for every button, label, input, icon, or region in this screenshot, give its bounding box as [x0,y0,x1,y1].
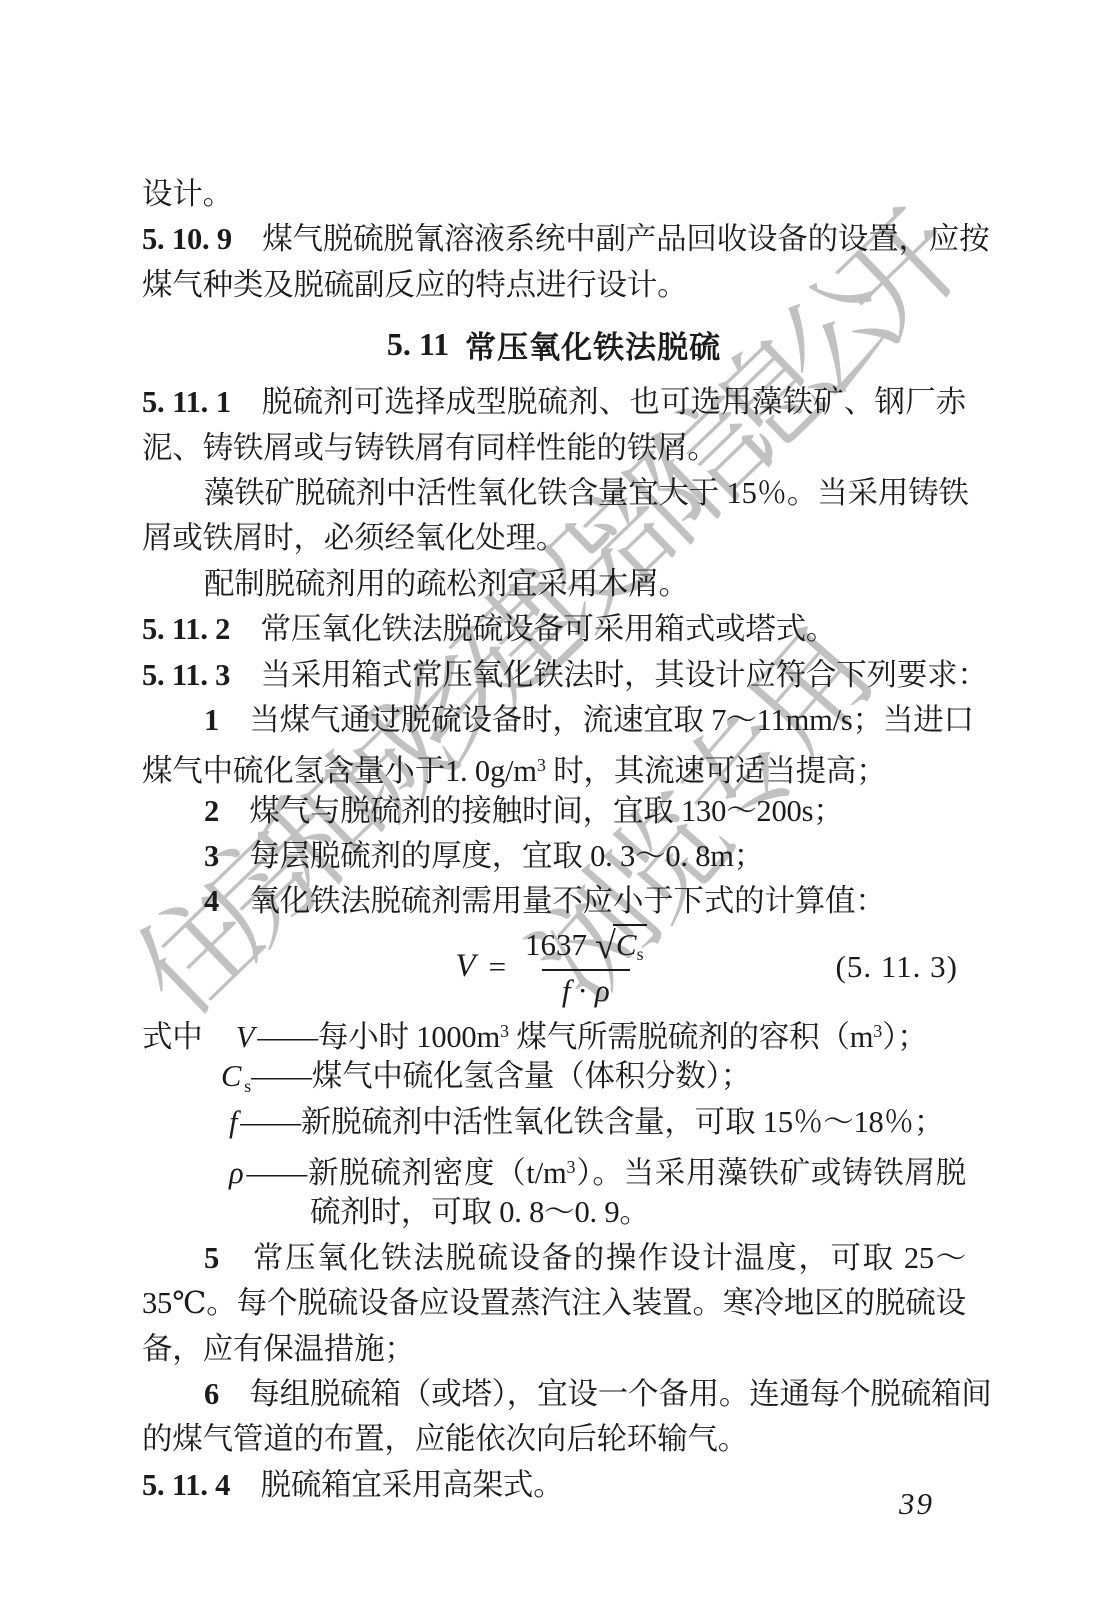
text-segment: 4 [204,884,219,918]
formula-radicand-symbol: C [616,927,637,962]
text-segment: 煤气所需脱硫剂的容积（m [509,1020,873,1054]
text-segment: ——每小时 1000m [257,1020,500,1054]
radical-sign: √ [595,927,616,965]
document-content: 设计。5. 10. 9 煤气脱硫脱氰溶液系统中副产品回收设备的设置，应按煤气种类… [142,172,966,1508]
text-line: 3 每层脱硫剂的厚度，宜取 0. 3～0. 8m； [142,834,966,879]
text-segment: 式中 [142,1020,233,1054]
text-segment: 每组脱硫箱（或塔），宜设一个备用。连通每个脱硫箱间 [219,1377,992,1411]
text-segment: 3 [567,1157,576,1177]
text-line: 藻铁矿脱硫剂中活性氧化铁含量宜大于 15％。当采用铸铁 [142,471,966,516]
text-line: 6 每组脱硫箱（或塔），宜设一个备用。连通每个脱硫箱间 [142,1372,966,1417]
text-segment: 藻铁矿脱硫剂中活性氧化铁含量宜大于 15％。当采用铸铁 [204,476,969,510]
text-segment: 3 [537,755,546,775]
text-segment: 3 [204,839,219,873]
text-segment: 煤气脱硫脱氰溶液系统中副产品回收设备的设置，应按 [232,222,990,256]
text-line: 2 煤气与脱硫剂的接触时间，宜取 130～200s； [142,789,966,834]
text-segment: 当煤气通过脱硫设备时，流速宜取 7～11mm/s；当进口 [219,703,974,737]
formula-lhs: V [455,948,475,985]
text-line: 设计。 [142,172,966,217]
text-segment: ——煤气中硫化氢含量（体积分数）； [251,1059,751,1093]
text-segment: ）。当采用藻铁矿或铸铁屑脱 [576,1156,966,1190]
formula-numerator: 1637 √ Cs [519,924,653,969]
formula-coefficient: 1637 [525,927,587,963]
text-segment: 5. 11. 4 [142,1468,230,1502]
text-line: 5 常压氧化铁法脱硫设备的操作设计温度，可取 25～ [142,1236,966,1281]
formula-denominator-rho: ρ [595,973,610,1009]
formula-denominator-dot: · [578,973,588,1009]
text-segment: 脱硫箱宜采用高架式。 [230,1468,563,1502]
text-segment: 硫剂时，可取 0. 8～0. 9。 [310,1195,650,1229]
text-line: ρ——新脱硫剂密度（t/m3）。当采用藻铁矿或铸铁屑脱 [142,1145,966,1190]
formula-denominator: f · ρ [542,969,630,1009]
text-segment: 5. 10. 9 [142,222,232,256]
text-segment: 脱硫剂可选择成型脱硫剂、也可选用藻铁矿、钢厂赤 [231,385,966,419]
text-segment: 6 [204,1377,219,1411]
text-line: 式中 V——每小时 1000m3 煤气所需脱硫剂的容积（m3）； [142,1009,966,1054]
text-segment: 的煤气管道的布置，应能依次向后轮环输气。 [142,1422,748,1456]
text-line: 1 当煤气通过脱硫设备时，流速宜取 7～11mm/s；当进口 [142,698,966,743]
text-line: 备，应有保温措施； [142,1327,966,1372]
text-line: 4 氧化铁法脱硫剂需用量不应小于下式的计算值： [142,879,966,924]
formula-radical-group: √ Cs [595,924,647,965]
formula-number: (5. 11. 3) [836,949,959,985]
formula-fraction: 1637 √ Cs f · ρ [519,924,653,1009]
text-line: 35℃。每个脱硫设备应设置蒸汽注入装置。寒冷地区的脱硫设 [142,1281,966,1326]
text-line: 屑或铁屑时，必须经氧化处理。 [142,516,966,561]
text-segment: C [218,1059,244,1093]
text-segment: 3 [500,1021,509,1041]
text-segment: 备，应有保温措施； [142,1332,415,1366]
text-segment: 时，其流速可适当提高； [546,754,887,788]
text-line: f——新脱硫剂中活性氧化铁含量，可取 15％～18％； [142,1100,966,1145]
text-segment: 3 [873,1021,882,1041]
section-heading-number: 5. 11 [387,326,449,363]
text-segment: 当采用箱式常压氧化铁法时，其设计应符合下列要求： [230,658,988,692]
text-line: Cs——煤气中硫化氢含量（体积分数）； [142,1054,966,1099]
text-segment: 常压氧化铁法脱硫设备的操作设计温度，可取 25～ [219,1241,966,1275]
formula-radicand: Cs [613,924,647,965]
text-line: 泥、铸铁屑或与铸铁屑有同样性能的铁屑。 [142,426,966,471]
text-segment: 常压氧化铁法脱硫设备可采用箱式或塔式。 [230,612,836,646]
text-line: 硫剂时，可取 0. 8～0. 9。 [142,1190,966,1235]
text-segment: ）； [882,1020,927,1054]
text-segment: 屑或铁屑时，必须经氧化处理。 [142,521,566,555]
text-segment: ρ [226,1156,246,1190]
text-segment: 2 [204,794,219,828]
text-line: 的煤气管道的布置，应能依次向后轮环输气。 [142,1417,966,1462]
text-line: 5. 11. 1 脱硫剂可选择成型脱硫剂、也可选用藻铁矿、钢厂赤 [142,380,966,425]
text-segment: 煤气种类及脱硫副反应的特点进行设计。 [142,268,687,302]
text-segment: f [226,1105,240,1139]
text-segment: V [233,1020,257,1054]
text-line: 5. 11. 3 当采用箱式常压氧化铁法时，其设计应符合下列要求： [142,653,966,698]
document-body: 设计。5. 10. 9 煤气脱硫脱氰溶液系统中副产品回收设备的设置，应按煤气种类… [142,172,966,1508]
section-heading-title: 常压氧化铁法脱硫 [465,322,721,367]
text-segment: 5. 11. 2 [142,612,230,646]
formula-denominator-f: f [562,973,571,1009]
text-segment: 泥、铸铁屑或与铸铁屑有同样性能的铁屑。 [142,431,718,465]
text-segment: ——新脱硫剂中活性氧化铁含量，可取 15％～18％； [240,1105,944,1139]
formula-radicand-subscript: s [637,944,644,964]
page-number: 39 [899,1486,934,1522]
text-segment: 1 [204,703,219,737]
text-segment: 煤气中硫化氢含量小于1. 0g/m [142,754,537,788]
text-segment: ——新脱硫剂密度（t/m [246,1156,566,1190]
formula-equals-sign: = [489,949,506,985]
section-heading: 5. 11 常压氧化铁法脱硫 [142,308,966,380]
text-line: 煤气种类及脱硫副反应的特点进行设计。 [142,263,966,308]
text-segment: 设计。 [142,177,233,211]
text-segment: 5. 11. 3 [142,658,230,692]
text-line: 5. 10. 9 煤气脱硫脱氰溶液系统中副产品回收设备的设置，应按 [142,217,966,262]
text-line: 配制脱硫剂用的疏松剂宜采用木屑。 [142,562,966,607]
text-segment: 配制脱硫剂用的疏松剂宜采用木屑。 [204,567,689,601]
text-segment: 5. 11. 1 [142,385,231,419]
text-segment: 煤气与脱硫剂的接触时间，宜取 130～200s； [219,794,844,828]
text-segment: 每层脱硫剂的厚度，宜取 0. 3～0. 8m； [219,839,764,873]
text-segment: 氧化铁法脱硫剂需用量不应小于下式的计算值： [219,884,886,918]
text-line: 5. 11. 4 脱硫箱宜采用高架式。 [142,1463,966,1508]
page: 住房和城乡建设部信息公开 浏览专用 设计。5. 10. 9 煤气脱硫脱氰溶液系统… [0,0,1103,1598]
text-segment: 35℃。每个脱硫设备应设置蒸汽注入装置。寒冷地区的脱硫设 [142,1286,966,1320]
text-line: 5. 11. 2 常压氧化铁法脱硫设备可采用箱式或塔式。 [142,607,966,652]
text-segment: 5 [204,1241,219,1275]
formula-block: V = 1637 √ Cs [142,925,966,1009]
text-line: 煤气中硫化氢含量小于1. 0g/m3 时，其流速可适当提高； [142,743,966,788]
